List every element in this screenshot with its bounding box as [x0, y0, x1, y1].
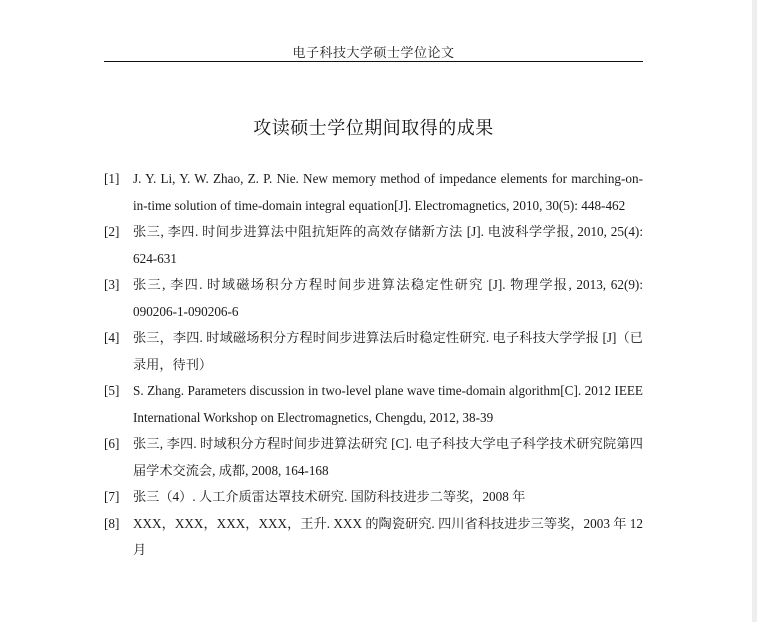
reference-item: [6] 张三, 李四. 时域积分方程时间步进算法研究 [C]. 电子科技大学电子…	[104, 431, 643, 484]
reference-number: [4]	[104, 325, 119, 352]
reference-text: 张三, 李四. 时域磁场积分方程时间步进算法稳定性研究 [J]. 物理学报, 2…	[133, 272, 643, 325]
header-rule	[104, 61, 643, 62]
reference-text: 张三（4）. 人工介质雷达罩技术研究. 国防科技进步二等奖，2008 年	[133, 484, 643, 511]
reference-number: [7]	[104, 484, 119, 511]
reference-text: 张三, 李四. 时域积分方程时间步进算法研究 [C]. 电子科技大学电子科学技术…	[133, 431, 643, 484]
reference-number: [2]	[104, 219, 119, 246]
reference-text: XXX，XXX，XXX，XXX，王升. XXX 的陶瓷研究. 四川省科技进步三等…	[133, 511, 643, 564]
reference-text: 张三, 李四. 时间步进算法中阻抗矩阵的高效存储新方法 [J]. 电波科学学报,…	[133, 219, 643, 272]
reference-number: [3]	[104, 272, 119, 299]
reference-number: [8]	[104, 511, 119, 538]
reference-number: [6]	[104, 431, 119, 458]
reference-number: [5]	[104, 378, 119, 405]
reference-item: [5] S. Zhang. Parameters discussion in t…	[104, 378, 643, 431]
scrollbar-track[interactable]	[752, 0, 757, 622]
reference-item: [3] 张三, 李四. 时域磁场积分方程时间步进算法稳定性研究 [J]. 物理学…	[104, 272, 643, 325]
section-title: 攻读硕士学位期间取得的成果	[104, 114, 643, 140]
reference-text: S. Zhang. Parameters discussion in two-l…	[133, 378, 643, 431]
reference-text: J. Y. Li, Y. W. Zhao, Z. P. Nie. New mem…	[133, 166, 643, 219]
reference-item: [7] 张三（4）. 人工介质雷达罩技术研究. 国防科技进步二等奖，2008 年	[104, 484, 643, 511]
reference-item: [4] 张三，李四. 时域磁场积分方程时间步进算法后时稳定性研究. 电子科技大学…	[104, 325, 643, 378]
reference-item: [2] 张三, 李四. 时间步进算法中阻抗矩阵的高效存储新方法 [J]. 电波科…	[104, 219, 643, 272]
reference-number: [1]	[104, 166, 119, 193]
document-page: 电子科技大学硕士学位论文 攻读硕士学位期间取得的成果 [1] J. Y. Li,…	[0, 0, 752, 622]
running-header: 电子科技大学硕士学位论文	[104, 42, 643, 61]
reference-list: [1] J. Y. Li, Y. W. Zhao, Z. P. Nie. New…	[104, 166, 643, 564]
reference-text: 张三，李四. 时域磁场积分方程时间步进算法后时稳定性研究. 电子科技大学学报 […	[133, 325, 643, 378]
reference-item: [1] J. Y. Li, Y. W. Zhao, Z. P. Nie. New…	[104, 166, 643, 219]
reference-item: [8] XXX，XXX，XXX，XXX，王升. XXX 的陶瓷研究. 四川省科技…	[104, 511, 643, 564]
